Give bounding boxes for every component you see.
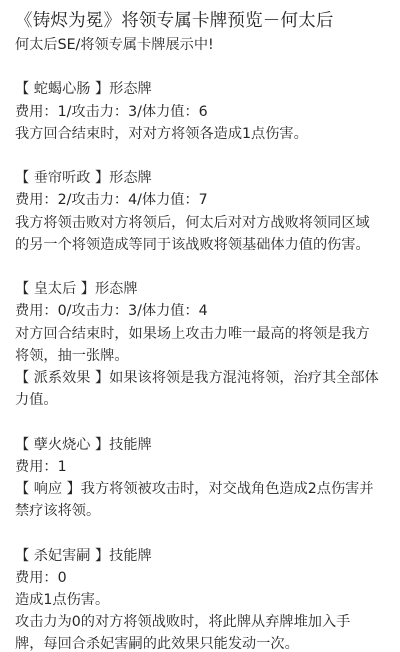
card-effect: 我方回合结束时，对对方将领各造成1点伤害。 <box>15 123 386 145</box>
card-section: 【 杀妃害嗣 】技能牌 费用：0 造成1点伤害。 攻击力为0的对方将领战败时，将… <box>15 545 386 652</box>
card-header: 【 孽火烧心 】技能牌 <box>15 434 386 456</box>
card-section: 【 蛇蝎心肠 】形态牌 费用：1/攻击力：3/体力值：6 我方回合结束时，对对方… <box>15 78 386 145</box>
card-effect: 禁疗该将领。 <box>15 500 386 522</box>
card-header: 【 皇太后 】形态牌 <box>15 278 386 300</box>
card-section: 【 皇太后 】形态牌 费用：0/攻击力：3/体力值：4 对方回合结束时，如果场上… <box>15 278 386 411</box>
spacer <box>15 256 386 278</box>
card-stats: 费用：2/攻击力：4/体力值：7 <box>15 189 386 211</box>
card-effect: 【 响应 】我方将领被攻击时，对交战角色造成2点伤害并 <box>15 478 386 500</box>
card-effect: 攻击力为0的对方将领战败时，将此牌从弃牌堆加入手 <box>15 611 386 633</box>
card-faction-effect: 【 派系效果 】如果该将领是我方混沌将领，治疗其全部体 <box>15 367 386 389</box>
spacer <box>15 522 386 544</box>
card-effect: 将领，抽一张牌。 <box>15 345 386 367</box>
spacer <box>15 56 386 78</box>
card-section: 【 垂帘听政 】形态牌 费用：2/攻击力：4/体力值：7 我方将领击败对方将领后… <box>15 167 386 256</box>
card-header: 【 垂帘听政 】形态牌 <box>15 167 386 189</box>
article: 《铸烬为冕》将领专属卡牌预览－何太后 何太后SE/将领专属卡牌展示中! 【 蛇蝎… <box>0 0 400 652</box>
card-stats: 费用：1/攻击力：3/体力值：6 <box>15 101 386 123</box>
card-stats: 费用：0/攻击力：3/体力值：4 <box>15 300 386 322</box>
card-effect: 对方回合结束时，如果场上攻击力唯一最高的将领是我方 <box>15 323 386 345</box>
spacer <box>15 411 386 433</box>
page-title: 《铸烬为冕》将领专属卡牌预览－何太后 <box>15 8 386 34</box>
card-faction-effect: 力值。 <box>15 389 386 411</box>
card-effect: 我方将领击败对方将领后，何太后对对方战败将领同区域 <box>15 212 386 234</box>
card-section: 【 孽火烧心 】技能牌 费用：1 【 响应 】我方将领被攻击时，对交战角色造成2… <box>15 434 386 523</box>
card-effect: 造成1点伤害。 <box>15 589 386 611</box>
card-stats: 费用：0 <box>15 567 386 589</box>
subtitle: 何太后SE/将领专属卡牌展示中! <box>15 34 386 56</box>
card-stats: 费用：1 <box>15 456 386 478</box>
card-effect: 牌，每回合杀妃害嗣的此效果只能发动一次。 <box>15 633 386 652</box>
card-header: 【 杀妃害嗣 】技能牌 <box>15 545 386 567</box>
card-effect: 的另一个将领造成等同于该战败将领基础体力值的伤害。 <box>15 234 386 256</box>
spacer <box>15 145 386 167</box>
card-header: 【 蛇蝎心肠 】形态牌 <box>15 78 386 100</box>
